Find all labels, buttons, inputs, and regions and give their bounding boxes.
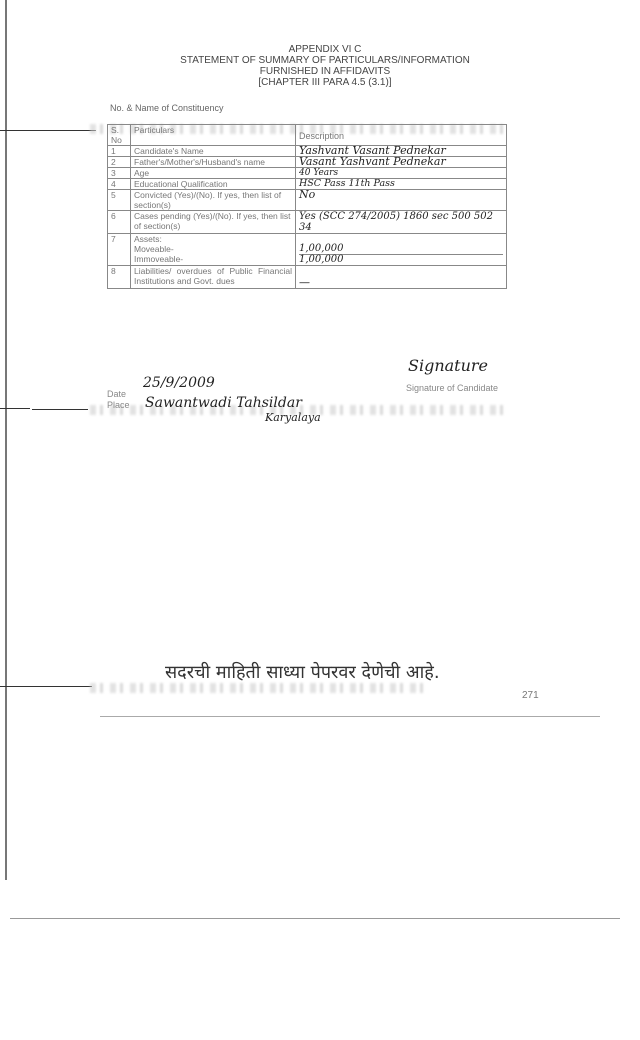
row-particulars: Assets: Moveable- Immoveable- — [131, 234, 296, 266]
table-row: 5 Convicted (Yes)/(No). If yes, then lis… — [108, 190, 507, 211]
moveable-label: Moveable- — [134, 244, 292, 254]
table-row: 6 Cases pending (Yes)/(No). If yes, then… — [108, 211, 507, 234]
row-description: Yes (SCC 274/2005) 1860 sec 500 502 34 — [296, 211, 507, 234]
assets-label: Assets: — [134, 234, 292, 244]
candidate-signature: Signature — [408, 356, 488, 375]
scan-mark-line — [0, 686, 92, 687]
row-description: 1,00,000 1,00,000 — [296, 234, 507, 266]
row-particulars: Father's/Mother's/Husband's name — [131, 157, 296, 168]
bleed-through-band — [90, 683, 430, 693]
row-sno: 4 — [108, 179, 131, 190]
row-sno: 2 — [108, 157, 131, 168]
place-value-line2: Karyalaya — [265, 411, 321, 424]
faint-divider-line — [100, 716, 600, 717]
row-description: — — [296, 266, 507, 289]
constituency-label: No. & Name of Constituency — [110, 103, 224, 113]
page-bottom-edge — [10, 918, 620, 919]
row-description: HSC Pass 11th Pass — [296, 179, 507, 190]
table-row: 7 Assets: Moveable- Immoveable- 1,00,000… — [108, 234, 507, 266]
row-particulars: Convicted (Yes)/(No). If yes, then list … — [131, 190, 296, 211]
moveable-value: 1,00,000 — [299, 244, 503, 254]
place-label: Place — [107, 400, 130, 410]
table-row: 2 Father's/Mother's/Husband's name Vasan… — [108, 157, 507, 168]
row-particulars: Liabilities/ overdues of Public Financia… — [131, 266, 296, 289]
affidavit-summary-table: S. No Particulars Description 1 Candidat… — [107, 124, 507, 289]
date-value: 25/9/2009 — [143, 375, 215, 391]
immoveable-value: 1,00,000 — [299, 254, 503, 265]
statement-title: STATEMENT OF SUMMARY OF PARTICULARS/INFO… — [140, 55, 510, 66]
statement-subtitle: FURNISHED IN AFFIDAVITS — [140, 66, 510, 77]
row-particulars: Candidate's Name — [131, 146, 296, 157]
date-label: Date — [107, 389, 126, 399]
signature-label: Signature of Candidate — [406, 383, 498, 393]
header-particulars: Particulars — [131, 125, 296, 146]
row-sno: 7 — [108, 234, 131, 266]
scanned-document-page: APPENDIX VI C STATEMENT OF SUMMARY OF PA… — [0, 0, 640, 1040]
scan-mark-line — [32, 409, 88, 410]
row-sno: 8 — [108, 266, 131, 289]
document-header: APPENDIX VI C STATEMENT OF SUMMARY OF PA… — [140, 44, 510, 88]
appendix-title: APPENDIX VI C — [140, 44, 510, 55]
row-sno: 5 — [108, 190, 131, 211]
row-description: Vasant Yashvant Pednekar — [296, 157, 507, 168]
header-description: Description — [296, 125, 507, 146]
marathi-handwritten-note: सदरची माहिती साध्या पेपरवर देणेची आहे. — [165, 660, 440, 684]
page-left-edge — [5, 0, 7, 880]
table-row: 8 Liabilities/ overdues of Public Financ… — [108, 266, 507, 289]
row-sno: 3 — [108, 168, 131, 179]
header-sno: S. No — [108, 125, 131, 146]
scan-mark-line — [0, 408, 30, 409]
row-sno: 6 — [108, 211, 131, 234]
page-number: 271 — [522, 690, 539, 701]
scan-mark-line — [0, 130, 96, 131]
row-particulars: Cases pending (Yes)/(No). If yes, then l… — [131, 211, 296, 234]
place-value: Sawantwadi Tahsildar — [145, 395, 302, 411]
immoveable-label: Immoveable- — [134, 254, 292, 264]
chapter-reference: [CHAPTER III PARA 4.5 (3.1)] — [140, 77, 510, 88]
table-row: 3 Age 40 Years — [108, 168, 507, 179]
row-description: 40 Years — [296, 168, 507, 179]
row-description: No — [296, 190, 507, 211]
table-header-row: S. No Particulars Description — [108, 125, 507, 146]
row-particulars: Educational Qualification — [131, 179, 296, 190]
row-sno: 1 — [108, 146, 131, 157]
row-particulars: Age — [131, 168, 296, 179]
